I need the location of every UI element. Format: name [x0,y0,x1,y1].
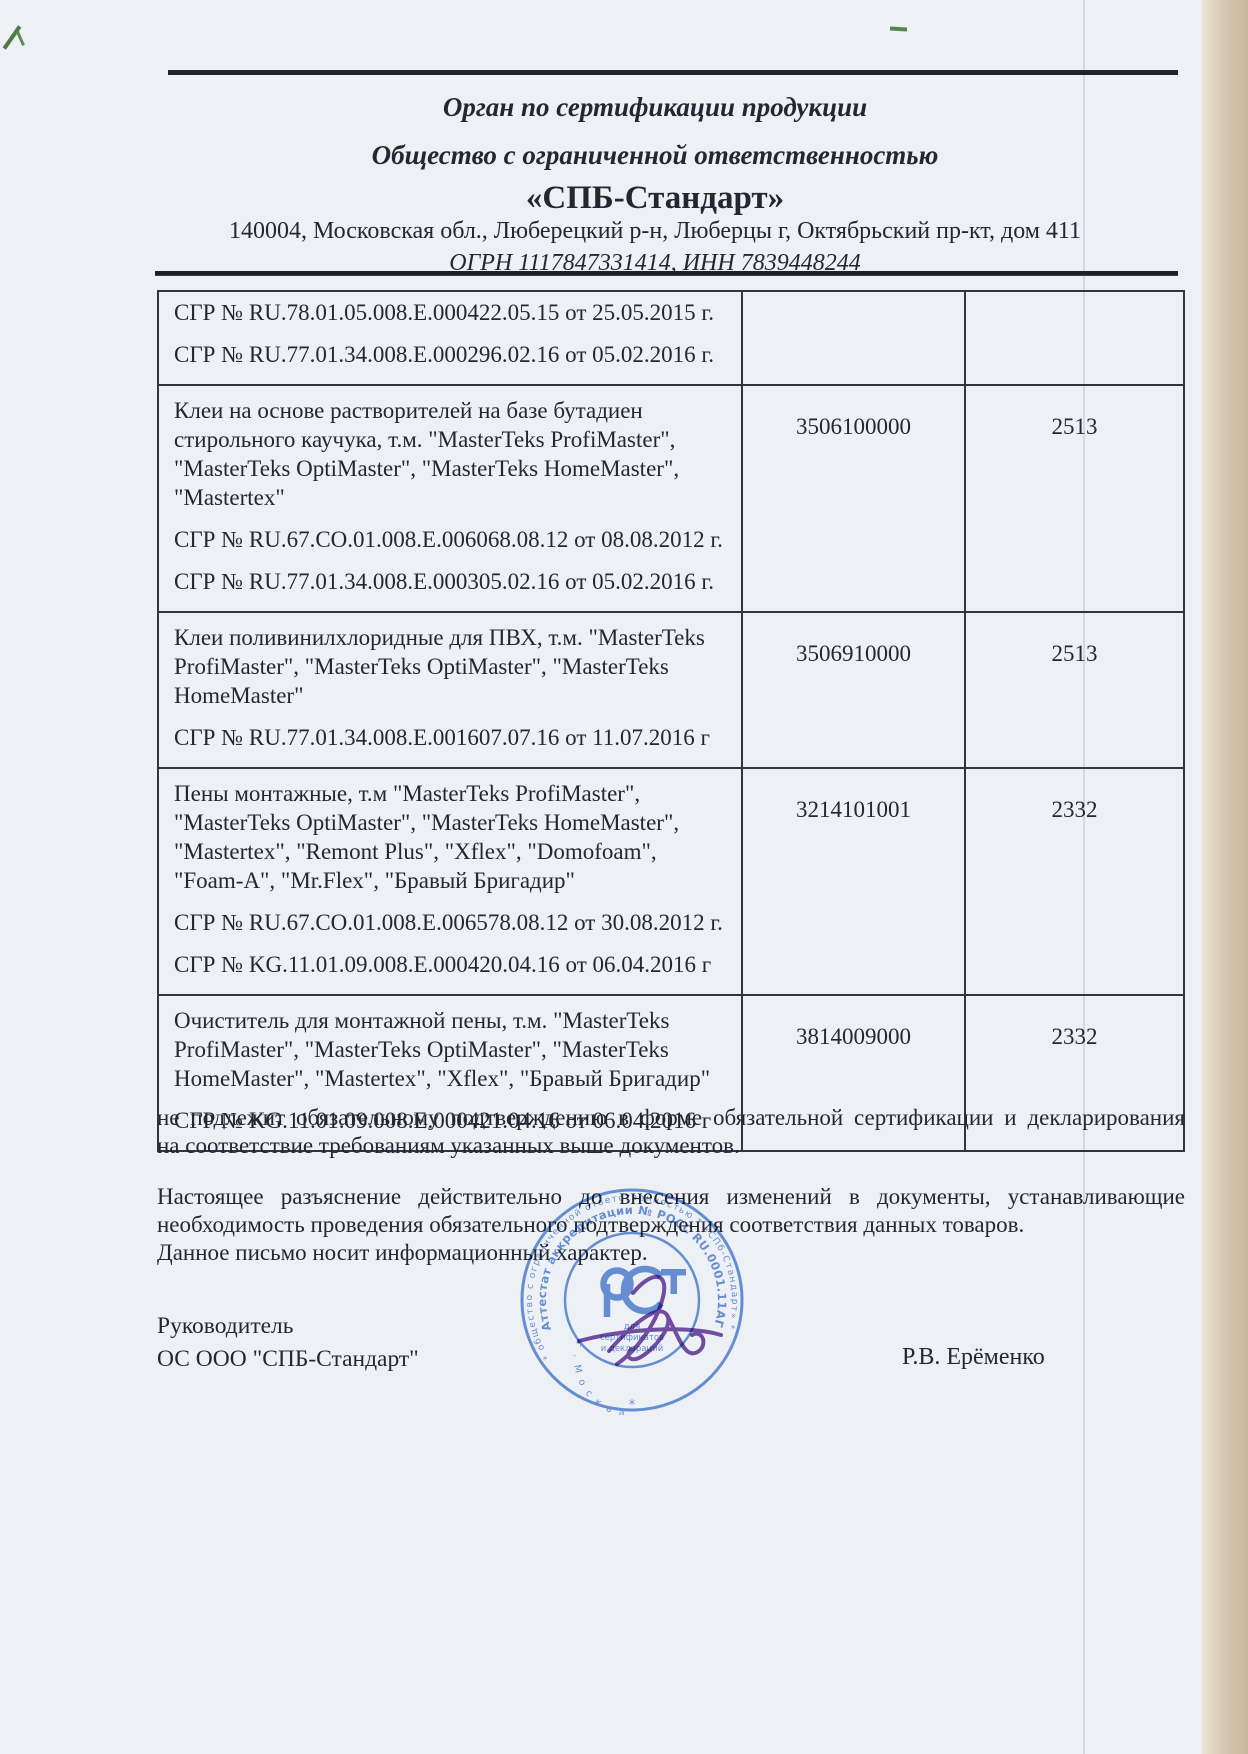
conclusion-paragraph: не подлежит обязательному подтверждению … [157,1104,1185,1160]
okp-code-cell: 2513 [964,613,1183,767]
table-row: Пены монтажные, т.м "MasterTeks ProfiMas… [159,767,1183,994]
signatory-name: Р.В. Ерёменко [902,1344,1045,1371]
product-cell: СГР № RU.78.01.05.008.Е.000422.05.15 от … [159,292,741,384]
okp-code-cell: 2513 [964,386,1183,611]
scanned-letter-page: Орган по сертификации продукции Общество… [0,0,1248,1754]
paragraph-line: не подлежит обязательному подтверждению … [157,1104,1185,1132]
okp-code-cell: 2332 [964,769,1183,994]
signatory-org: ОС ООО "СПБ-Стандарт" [157,1343,419,1376]
table-row: Клеи на основе растворителей на базе бут… [159,384,1183,611]
tnved-code-cell: 3214101001 [741,769,964,994]
tnved-code-cell [741,292,964,384]
table-row: СГР № RU.78.01.05.008.Е.000422.05.15 от … [159,292,1183,384]
org-address: 140004, Московская обл., Люберецкий р-н,… [140,218,1170,245]
cert-body-title: Орган по сертификации продукции [140,92,1170,123]
scan-artifact [890,27,907,32]
sgr-number: СГР № RU.77.01.34.008.Е.000305.02.16 от … [174,567,731,596]
okp-code-cell [964,292,1183,384]
org-name: «СПБ-Стандарт» [140,180,1170,217]
sgr-number: СГР № RU.78.01.05.008.Е.000422.05.15 от … [174,298,731,327]
tnved-code-cell: 3506910000 [741,613,964,767]
product-cell: Пены монтажные, т.м "MasterTeks ProfiMas… [159,769,741,994]
header-top-rule [168,70,1178,75]
product-description: Очиститель для монтажной пены, т.м. "Mas… [174,1006,731,1093]
sgr-number: СГР № RU.67.СО.01.008.Е.006578.08.12 от … [174,908,731,937]
signatory-role-block: Руководитель ОС ООО "СПБ-Стандарт" [157,1310,419,1376]
sgr-number: СГР № RU.77.01.34.008.Е.000296.02.16 от … [174,340,731,369]
org-type-line: Общество с ограниченной ответственностью [140,140,1170,171]
sgr-number: СГР № RU.67.СО.01.008.Е.006068.08.12 от … [174,525,731,554]
header-bottom-rule [155,271,1178,276]
sgr-number: СГР № RU.77.01.34.008.Е.001607.07.16 от … [174,723,731,752]
table-row: Клеи поливинилхлоридные для ПВХ, т.м. "M… [159,611,1183,767]
stamp-star: * [629,1398,636,1413]
signatory-role: Руководитель [157,1310,419,1343]
product-description: Клеи на основе растворителей на базе бут… [174,396,731,512]
signature-scribble [575,1263,725,1378]
product-cell: Клеи на основе растворителей на базе бут… [159,386,741,611]
page-edge-shadow [1202,0,1248,1754]
product-description: Пены монтажные, т.м "MasterTeks ProfiMas… [174,779,731,895]
tnved-code-cell: 3506100000 [741,386,964,611]
products-table: СГР № RU.78.01.05.008.Е.000422.05.15 от … [157,290,1185,1152]
product-cell: Клеи поливинилхлоридные для ПВХ, т.м. "M… [159,613,741,767]
product-description: Клеи поливинилхлоридные для ПВХ, т.м. "M… [174,623,731,710]
paragraph-line: на соответствие требованиям указанных вы… [157,1132,1185,1160]
scan-artifact [16,31,25,46]
sgr-number: СГР № KG.11.01.09.008.Е.000420.04.16 от … [174,950,731,979]
